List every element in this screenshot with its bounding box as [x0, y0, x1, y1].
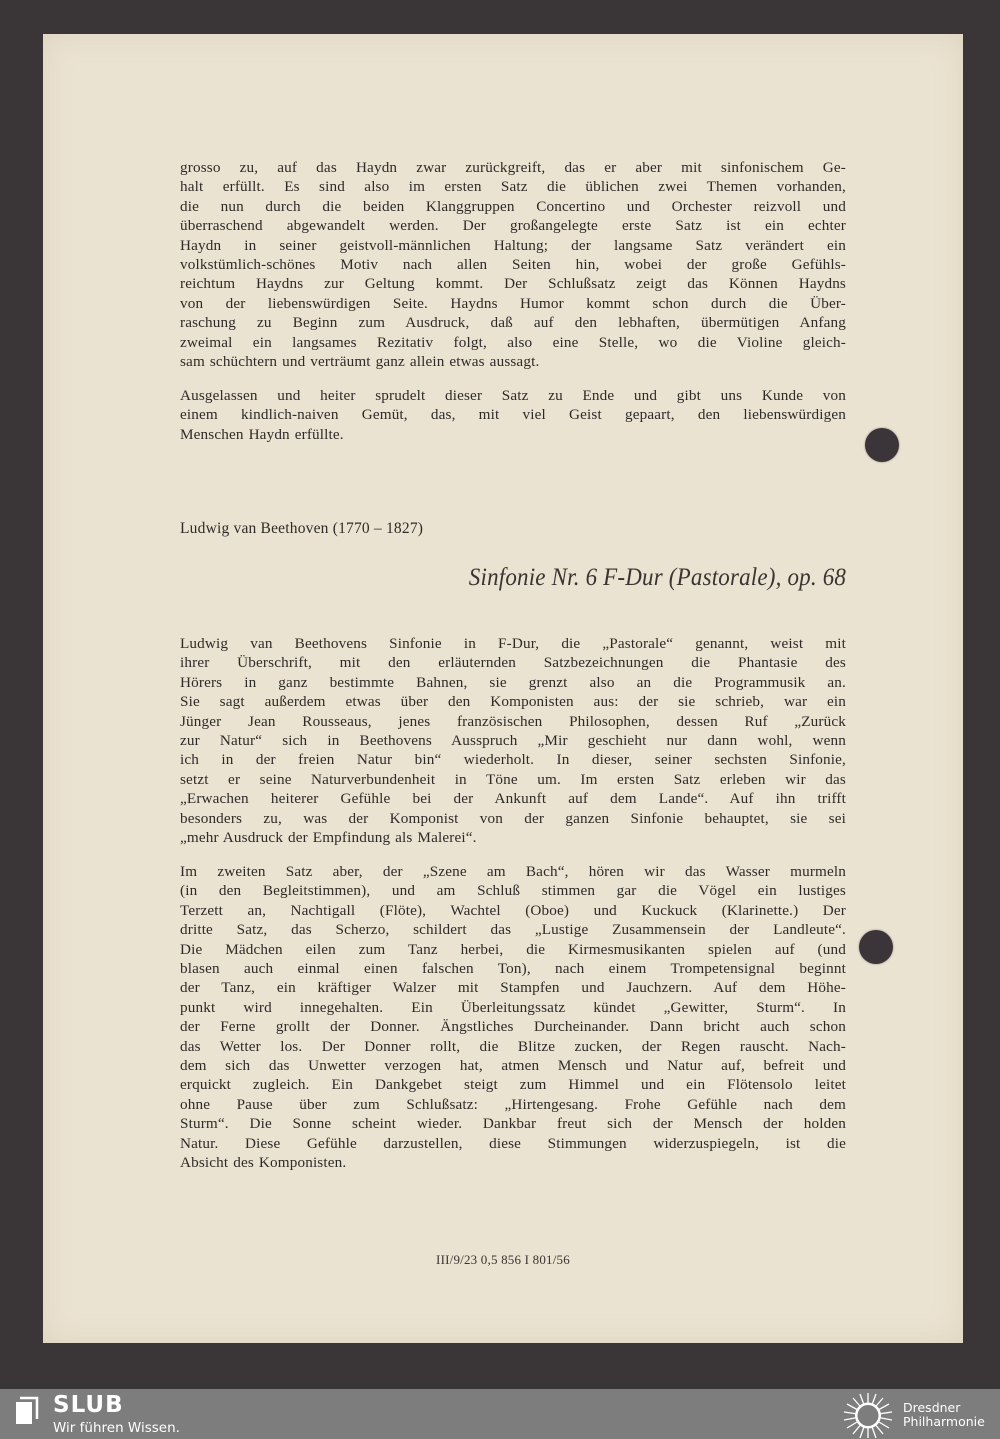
text-line: der Tanz, ein kräftiger Walzer mit Stamp…	[180, 978, 846, 997]
text-line: Hörers in ganz bestimmte Bahnen, sie gre…	[180, 673, 846, 692]
text-line: überraschend abgewandelt werden. Der gro…	[180, 216, 846, 235]
punch-hole	[865, 428, 899, 462]
beethoven-paragraph-1: Ludwig van Beethovens Sinfonie in F-Dur,…	[180, 634, 846, 847]
text-line: Menschen Haydn erfüllte.	[180, 425, 846, 444]
text-line: Jünger Jean Rousseaus, jenes französisch…	[180, 712, 846, 731]
text-line: ihrer Überschrift, mit den erläuternden …	[180, 653, 846, 672]
text-line: Terzett an, Nachtigall (Flöte), Wachtel …	[180, 901, 846, 920]
dresdner-philharmonie-sunburst-icon	[842, 1392, 894, 1439]
text-line: ich in der freien Natur bin“ wiederholt.…	[180, 750, 846, 769]
text-line: zweimal ein langsames Rezitativ folgt, a…	[180, 333, 846, 352]
text-line: dem sich das Unwetter verzogen hat, atme…	[180, 1056, 846, 1075]
text-line: raschung zu Beginn zum Ausdruck, daß auf…	[180, 313, 846, 332]
text-line: sam schüchtern und verträumt ganz allein…	[180, 352, 846, 371]
text-line: besonders zu, was der Komponist von der …	[180, 809, 846, 828]
text-line: einem kindlich-naiven Gemüt, das, mit vi…	[180, 405, 846, 424]
slub-name: SLUB	[53, 1392, 124, 1418]
punch-hole	[859, 930, 893, 964]
text-line: halt erfüllt. Es sind also im ersten Sat…	[180, 177, 846, 196]
text-line: das Wetter los. Der Donner rollt, die Bl…	[180, 1037, 846, 1056]
composer-heading: Ludwig van Beethoven (1770 – 1827)	[180, 520, 423, 538]
text-line: Absicht des Komponisten.	[180, 1153, 846, 1172]
text-line: Natur. Diese Gefühle darzustellen, diese…	[180, 1134, 846, 1153]
text-line: Im zweiten Satz aber, der „Szene am Bach…	[180, 862, 846, 881]
text-line: zur Natur“ sich in Beethovens Ausspruch …	[180, 731, 846, 750]
text-line: „mehr Ausdruck der Empfindung als Malere…	[180, 828, 846, 847]
text-line: Sturm“. Die Sonne scheint wieder. Dankba…	[180, 1114, 846, 1133]
text-line: (in den Begleitstimmen), und am Schluß s…	[180, 881, 846, 900]
beethoven-paragraph-2: Im zweiten Satz aber, der „Szene am Bach…	[180, 862, 846, 1173]
haydn-paragraph-1: grosso zu, auf das Haydn zwar zurückgrei…	[180, 158, 846, 371]
text-line: reichtum Haydns zur Geltung kommt. Der S…	[180, 274, 846, 293]
text-line: der Ferne grollt der Donner. Ängstliches…	[180, 1017, 846, 1036]
text-line: blasen auch einmal einen falschen Ton), …	[180, 959, 846, 978]
text-line: Sie sagt außerdem etwas über den Komponi…	[180, 692, 846, 711]
text-line: grosso zu, auf das Haydn zwar zurückgrei…	[180, 158, 846, 177]
text-line: punkt wird innegehalten. Ein Überleitung…	[180, 998, 846, 1017]
dp-name-line1: Dresdner	[903, 1401, 985, 1415]
dp-name-line2: Philharmonie	[903, 1415, 985, 1429]
dresdner-philharmonie-name: Dresdner Philharmonie	[903, 1401, 985, 1429]
text-line: erquickt zugleich. Ein Dankgebet steigt …	[180, 1075, 846, 1094]
text-line: von der liebenswürdigen Seite. Haydns Hu…	[180, 294, 846, 313]
text-line: setzt er seine Naturverbundenheit in Tön…	[180, 770, 846, 789]
slub-tagline: Wir führen Wissen.	[53, 1420, 180, 1436]
text-line: volkstümlich-schönes Motiv nach allen Se…	[180, 255, 846, 274]
text-line: ohne Pause über zum Schlußsatz: „Hirteng…	[180, 1095, 846, 1114]
haydn-paragraph-2: Ausgelassen und heiter sprudelt dieser S…	[180, 386, 846, 444]
text-line: Die Mädchen eilen zum Tanz herbei, die K…	[180, 940, 846, 959]
text-line: dritte Satz, das Scherzo, schildert das …	[180, 920, 846, 939]
text-line: Ausgelassen und heiter sprudelt dieser S…	[180, 386, 846, 405]
text-line: Haydn in seiner geistvoll-männlichen Hal…	[180, 236, 846, 255]
text-line: „Erwachen heiterer Gefühle bei der Ankun…	[180, 789, 846, 808]
print-code: III/9/23 0,5 856 I 801/56	[43, 1252, 963, 1268]
work-title: Sinfonie Nr. 6 F-Dur (Pastorale), op. 68	[469, 564, 846, 592]
text-line: Ludwig van Beethovens Sinfonie in F-Dur,…	[180, 634, 846, 653]
scanned-page: grosso zu, auf das Haydn zwar zurückgrei…	[43, 34, 963, 1343]
slub-book-icon	[12, 1396, 42, 1426]
text-line: die nun durch die beiden Klanggruppen Co…	[180, 197, 846, 216]
footer-bar: SLUB Wir führen Wissen. Dresdner P	[0, 1389, 1000, 1439]
